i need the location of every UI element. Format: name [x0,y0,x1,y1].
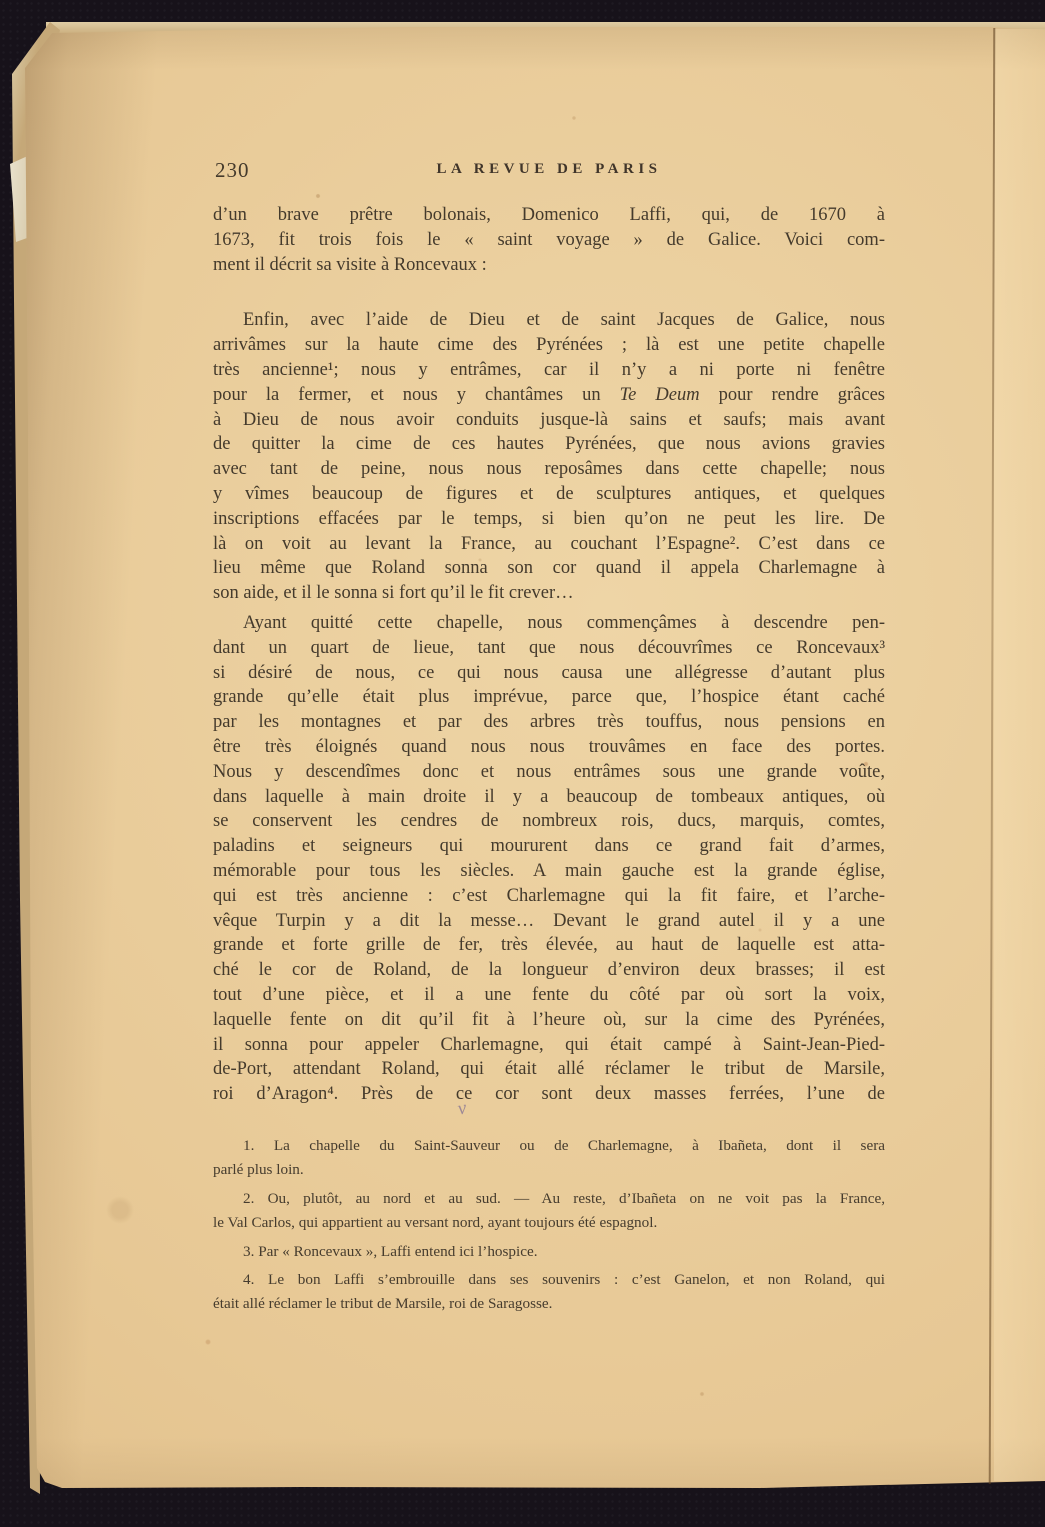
text-line: inscriptions effacées par le temps, si b… [213,507,885,532]
text-line: Enfin, avec l’aide de Dieu et de saint J… [213,308,885,333]
text-line: grande et forte grille de fer, très élev… [213,933,885,958]
text-line: 2. Ou, plutôt, au nord et au sud. — Au r… [213,1187,885,1211]
text-line: mémorable pour tous les siècles. A main … [213,859,885,884]
text-line: il sonna pour appeler Charlemagne, qui é… [213,1033,885,1058]
text-line: paladins et seigneurs qui moururent dans… [213,834,885,859]
text-line: être très éloignés quand nous nous trouv… [213,735,885,760]
paragraph: d’un brave prêtre bolonais, Domenico Laf… [213,203,885,277]
text-line: se conservent les cendres de nombreux ro… [213,809,885,834]
paragraph: Enfin, avec l’aide de Dieu et de saint J… [213,308,885,606]
text-line: lieu même que Roland sonna son cor quand… [213,556,885,581]
text-line: si désiré de nous, ce qui nous causa une… [213,661,885,686]
text-line: tout d’une pièce, et il a une fente du c… [213,983,885,1008]
text-line: Nous y descendîmes donc et nous entrâmes… [213,760,885,785]
body-text: d’un brave prêtre bolonais, Domenico Laf… [213,203,885,1107]
text-line: qui est très ancienne : c’est Charlemagn… [213,884,885,909]
paragraph: 3. Par « Roncevaux », Laffi entend ici l… [213,1240,885,1264]
page-fold-area [994,29,1045,1481]
text-line: pour la fermer, et nous y chantâmes un T… [213,383,885,408]
text-line: son aide, et il le sonna si fort qu’il l… [213,581,885,606]
text-line: 1673, fit trois fois le « saint voyage »… [213,228,885,253]
text-line: d’un brave prêtre bolonais, Domenico Laf… [213,203,885,228]
text-line: Ayant quitté cette chapelle, nous commen… [213,611,885,636]
text-line: laquelle fente on dit qu’il fit à l’heur… [213,1008,885,1033]
text-line: y vîmes beaucoup de figures et de sculpt… [213,482,885,507]
text-line: vêque Turpin y a dit la messe… Devant le… [213,909,885,934]
text-line: ment il décrit sa visite à Roncevaux : [213,253,885,278]
text-line: ché le cor de Roland, de la longueur d’e… [213,958,885,983]
text-line: 4. Le bon Laffi s’embrouille dans ses so… [213,1268,885,1292]
text-line: avec tant de peine, nous nous reposâmes … [213,457,885,482]
paragraph: Ayant quitté cette chapelle, nous commen… [213,611,885,1107]
text-line: là on voit au levant la France, au couch… [213,532,885,557]
journal-title: LA REVUE DE PARIS [437,161,662,178]
text-line: de quitter la cime de ces hautes Pyrénée… [213,432,885,457]
text-line: 3. Par « Roncevaux », Laffi entend ici l… [213,1240,885,1264]
text-line: roi d’Aragon⁴. Près de ce cor sont deux … [213,1082,885,1107]
text-line: grande qu’elle était plus imprévue, parc… [213,685,885,710]
text-line: dant un quart de lieue, tant que nous dé… [213,636,885,661]
book-photo: 230 LA REVUE DE PARIS d’un brave prêtre … [0,0,1045,1527]
text-line: arrivâmes sur la haute cime des Pyrénées… [213,333,885,358]
text-line: était allé réclamer le tribut de Marsile… [213,1292,885,1316]
text-line: à Dieu de nous avoir conduits jusque-là … [213,408,885,433]
text-line: très ancienne¹; nous y entrâmes, car il … [213,358,885,383]
paragraph: 4. Le bon Laffi s’embrouille dans ses so… [213,1268,885,1317]
text-line: le Val Carlos, qui appartient au versant… [213,1211,885,1235]
footnotes: 1. La chapelle du Saint-Sauveur ou de Ch… [213,1134,885,1317]
text-line: par les montagnes et par des arbres très… [213,710,885,735]
page-number: 230 [215,158,250,183]
text-line: 1. La chapelle du Saint-Sauveur ou de Ch… [213,1134,885,1158]
text-line: dans laquelle à main droite il y a beauc… [213,785,885,810]
paragraph: 2. Ou, plutôt, au nord et au sud. — Au r… [213,1187,885,1236]
paragraph: 1. La chapelle du Saint-Sauveur ou de Ch… [213,1134,885,1183]
text-line: parlé plus loin. [213,1158,885,1182]
text-line: de-Port, attendant Roland, qui était all… [213,1057,885,1082]
